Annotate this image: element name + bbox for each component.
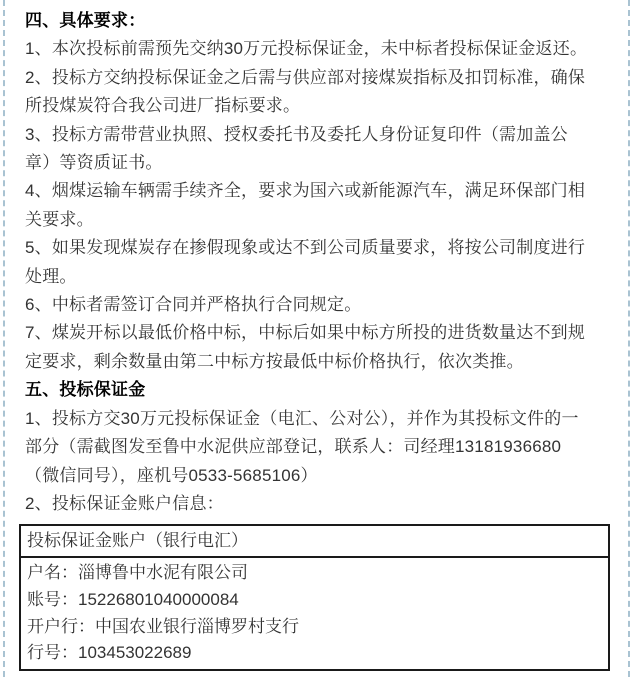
row-value: 15226801040000084 — [78, 590, 239, 609]
document-page: 四、具体要求： 1、本次投标前需预先交纳30万元投标保证金，未中标者投标保证金返… — [3, 0, 630, 677]
requirement-item-5: 5、如果发现煤炭存在掺假现象或达不到公司质量要求，将按公司制度进行 处理。 — [25, 234, 610, 291]
row-label: 开户行： — [27, 617, 95, 636]
deposit-item-1: 1、投标方交30万元投标保证金（电汇、公对公），并作为其投标文件的一 部分（需截… — [25, 405, 610, 490]
requirement-item-4: 4、烟煤运输车辆需手续齐全，要求为国六或新能源汽车，满足环保部门相 关要求。 — [25, 177, 610, 234]
row-value: 淄博鲁中水泥有限公司 — [78, 563, 248, 582]
row-label: 户名： — [27, 563, 78, 582]
table-row-account-number: 账号：15226801040000084 — [27, 587, 602, 614]
row-value: 103453022689 — [78, 643, 191, 662]
requirement-item-1: 1、本次投标前需预先交纳30万元投标保证金，未中标者投标保证金返还。 — [25, 35, 610, 63]
section-heading-bid-deposit: 五、投标保证金 — [25, 376, 610, 404]
table-row-bank-code: 行号：103453022689 — [27, 640, 602, 667]
deposit-account-table: 投标保证金账户（银行电汇） 户名：淄博鲁中水泥有限公司 账号：152268010… — [19, 524, 610, 670]
requirement-item-7: 7、煤炭开标以最低价格中标，中标后如果中标方所投的进货数量达不到规 定要求，剩余… — [25, 319, 610, 376]
table-header-cell: 投标保证金账户（银行电汇） — [21, 526, 608, 558]
section-heading-specific-requirements: 四、具体要求： — [25, 7, 610, 35]
requirement-item-2: 2、投标方交纳投标保证金之后需与供应部对接煤炭指标及扣罚标准，确保 所投煤炭符合… — [25, 64, 610, 121]
deposit-item-2: 2、投标保证金账户信息： — [25, 490, 610, 518]
document-body: 四、具体要求： 1、本次投标前需预先交纳30万元投标保证金，未中标者投标保证金返… — [5, 0, 628, 518]
requirement-item-6: 6、中标者需签订合同并严格执行合同规定。 — [25, 291, 610, 319]
table-row-bank-name: 开户行：中国农业银行淄博罗村支行 — [27, 614, 602, 641]
row-label: 行号： — [27, 643, 78, 662]
table-body: 户名：淄博鲁中水泥有限公司 账号：15226801040000084 开户行：中… — [21, 558, 608, 668]
requirement-item-3: 3、投标方需带营业执照、授权委托书及委托人身份证复印件（需加盖公 章）等资质证书… — [25, 121, 610, 178]
row-label: 账号： — [27, 590, 78, 609]
table-row-account-name: 户名：淄博鲁中水泥有限公司 — [27, 560, 602, 587]
row-value: 中国农业银行淄博罗村支行 — [95, 617, 299, 636]
